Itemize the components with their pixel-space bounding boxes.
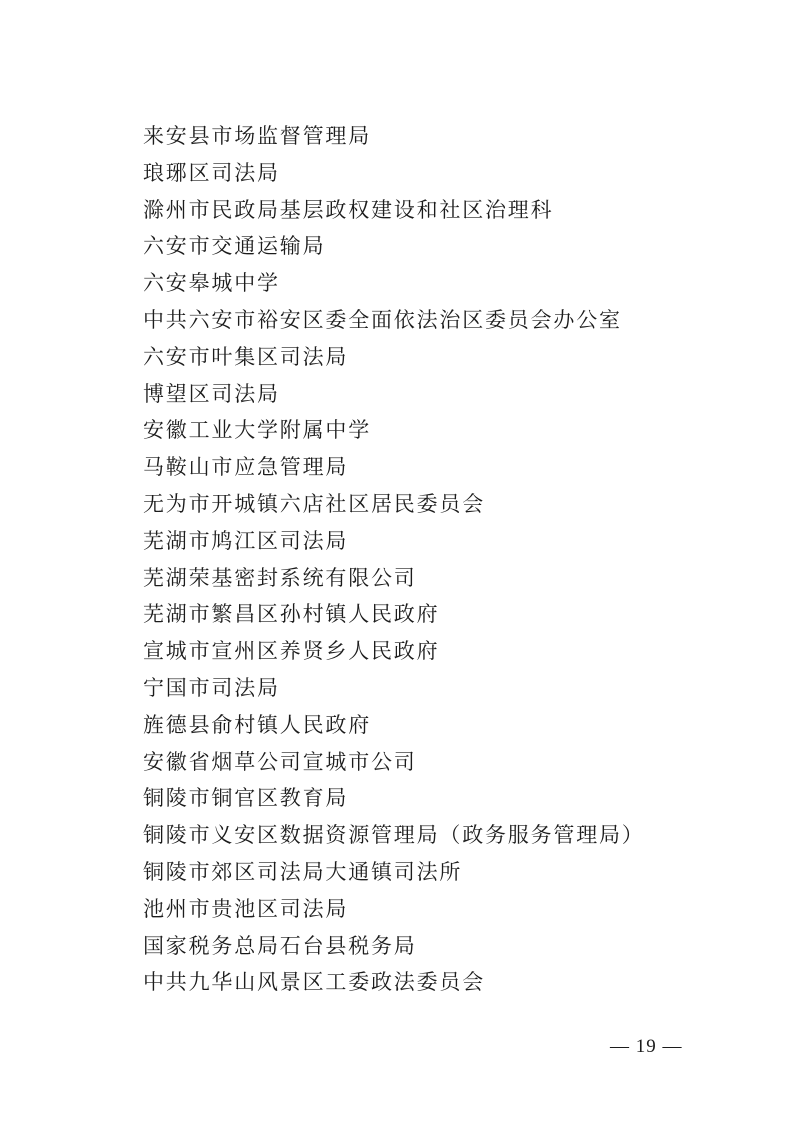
list-item: 国家税务总局石台县税务局 [143, 928, 733, 965]
list-item: 铜陵市铜官区教育局 [143, 780, 733, 817]
list-item: 宣城市宣州区养贤乡人民政府 [143, 633, 733, 670]
list-item: 铜陵市义安区数据资源管理局（政务服务管理局） [143, 817, 733, 854]
list-item: 铜陵市郊区司法局大通镇司法所 [143, 854, 733, 891]
list-item: 安徽工业大学附属中学 [143, 412, 733, 449]
list-item: 旌德县俞村镇人民政府 [143, 707, 733, 744]
list-item: 池州市贵池区司法局 [143, 891, 733, 928]
list-item: 滁州市民政局基层政权建设和社区治理科 [143, 192, 733, 229]
page-number: — 19 — [610, 1036, 683, 1058]
list-item: 安徽省烟草公司宣城市公司 [143, 744, 733, 781]
list-item: 芜湖市鸠江区司法局 [143, 523, 733, 560]
list-item: 六安市叶集区司法局 [143, 339, 733, 376]
list-item: 宁国市司法局 [143, 670, 733, 707]
list-item: 来安县市场监督管理局 [143, 118, 733, 155]
org-list: 来安县市场监督管理局琅琊区司法局滁州市民政局基层政权建设和社区治理科六安市交通运… [143, 118, 733, 1001]
list-item: 六安市交通运输局 [143, 228, 733, 265]
list-item: 六安皋城中学 [143, 265, 733, 302]
list-item: 芜湖市繁昌区孙村镇人民政府 [143, 596, 733, 633]
list-item: 芜湖荣基密封系统有限公司 [143, 560, 733, 597]
document-page: 来安县市场监督管理局琅琊区司法局滁州市民政局基层政权建设和社区治理科六安市交通运… [0, 0, 793, 1122]
list-item: 中共九华山风景区工委政法委员会 [143, 964, 733, 1001]
list-item: 马鞍山市应急管理局 [143, 449, 733, 486]
list-item: 中共六安市裕安区委全面依法治区委员会办公室 [143, 302, 733, 339]
list-item: 琅琊区司法局 [143, 155, 733, 192]
list-item: 无为市开城镇六店社区居民委员会 [143, 486, 733, 523]
list-item: 博望区司法局 [143, 376, 733, 413]
